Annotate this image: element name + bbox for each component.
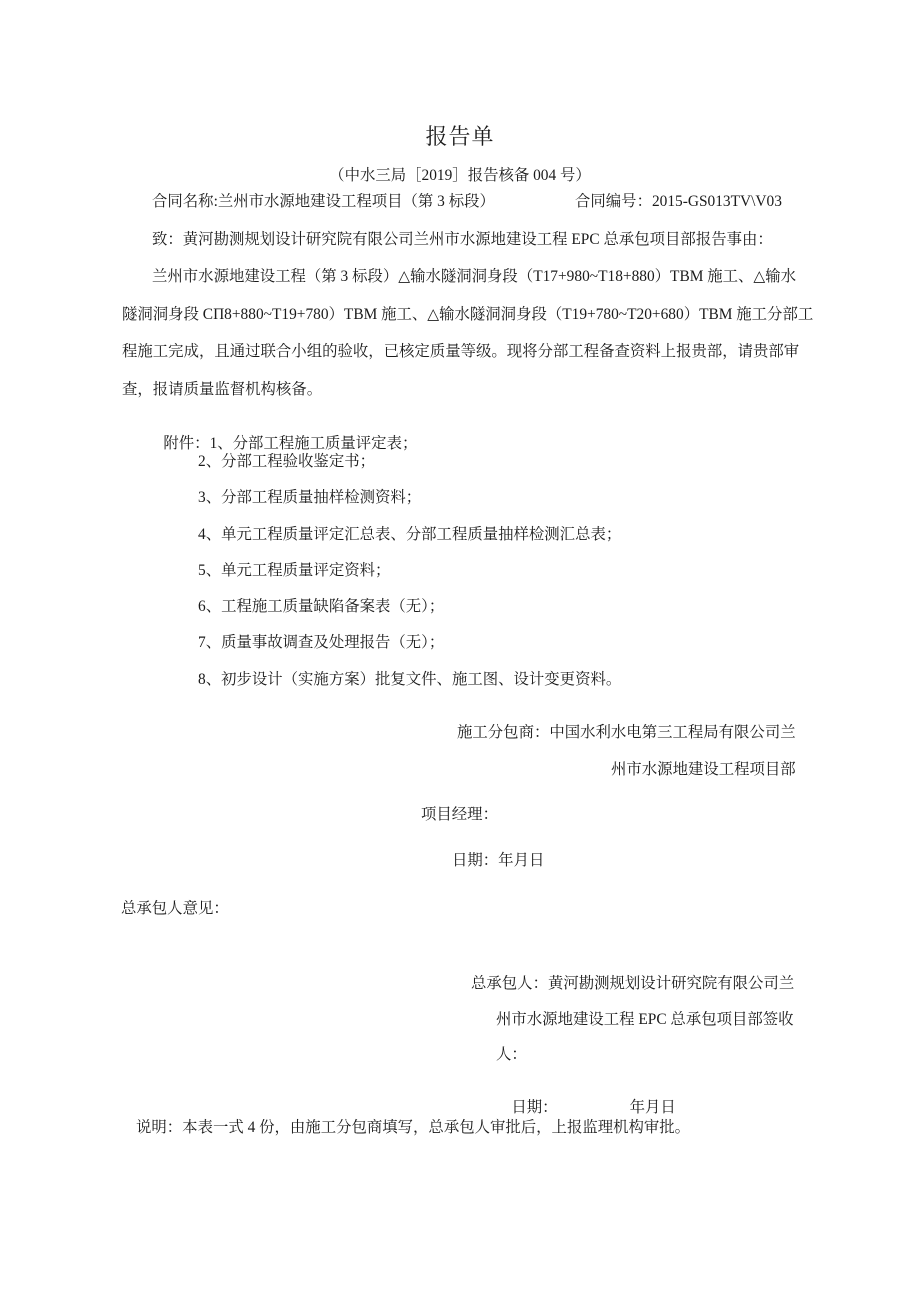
recipient-line: 致：黄河勘测规划设计研究院有限公司兰州市水源地建设工程 EPC 总承包项目部报告… (152, 231, 773, 249)
body-line-2: 隧洞洞身段 CΠ8+880~T19+780）TBM 施工、△输水隧洞洞身段（T1… (122, 306, 813, 324)
epc-line-1: 总承包人：黄河勘测规划设计研究院有限公司兰 (471, 975, 794, 993)
body-line-3: 程施工完成，且通过联合小组的验收，已核定质量等级。现将分部工程备查资料上报贵部，… (122, 343, 799, 361)
attachment-item: 5、单元工程质量评定资料； (198, 562, 390, 580)
attachment-item: 1、分部工程施工质量评定表； (210, 435, 418, 452)
doc-title: 报告单 (0, 124, 920, 150)
contract-name: 合同名称:兰州市水源地建设工程项目（第 3 标段） (152, 193, 495, 211)
subcontractor-line-1: 施工分包商：中国水利水电第三工程局有限公司兰 (457, 724, 796, 742)
project-manager-label: 项目经理： (421, 806, 498, 824)
attachment-item: 8、初步设计（实施方案）批复文件、施工图、设计变更资料。 (198, 671, 621, 689)
attachment-item: 4、单元工程质量评定汇总表、分部工程质量抽样检测汇总表； (198, 526, 621, 544)
attachment-item: 7、质量事故调查及处理报告（无）； (198, 634, 444, 652)
epc-date-label: 日期： (511, 1099, 557, 1116)
subcontractor-date-line: 日期：年月日 (452, 852, 544, 870)
epc-line-2: 州市水源地建设工程 EPC 总承包项目部签收 (496, 1011, 794, 1029)
footer-note: 说明：本表一式 4 份，由施工分包商填写，总承包人审批后，上报监理机构审批。 (136, 1119, 690, 1137)
doc-subtitle: （中水三局［2019］报告核备 004 号） (0, 167, 920, 185)
attachment-item: 3、分部工程质量抽样检测资料； (198, 489, 421, 507)
attachment-item: 6、工程施工质量缺陷备案表（无）； (198, 598, 444, 616)
attachments-label: 附件： (163, 435, 209, 452)
contract-number: 合同编号：2015-GS013TV\V03 (575, 193, 782, 211)
document-page: 报告单 （中水三局［2019］报告核备 004 号） 合同名称:兰州市水源地建设… (0, 0, 920, 1301)
epc-opinion-label: 总承包人意见： (121, 900, 229, 918)
epc-line-3: 人： (496, 1046, 527, 1064)
attachment-item: 2、分部工程验收鉴定书； (198, 453, 375, 471)
epc-date-value: 年月日 (630, 1099, 676, 1116)
body-line-1: 兰州市水源地建设工程（第 3 标段）△输水隧洞洞身段（T17+980~T18+8… (152, 268, 796, 286)
body-line-4: 查，报请质量监督机构核备。 (122, 381, 322, 399)
subcontractor-line-2: 州市水源地建设工程项目部 (611, 761, 796, 779)
